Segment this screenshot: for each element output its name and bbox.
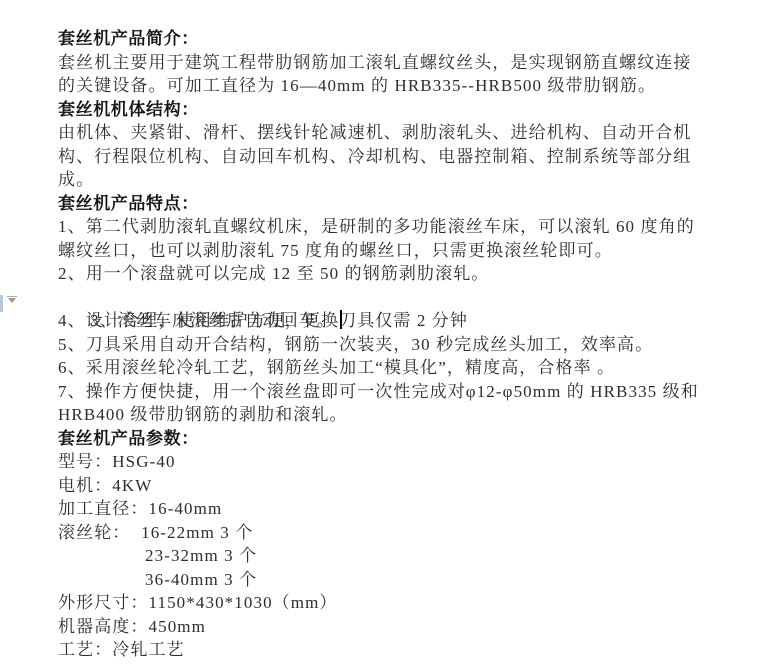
text-line: 7、操作方便快捷，用一个滚丝盘即可一次性完成对φ12-φ50mm 的 HRB33… bbox=[58, 380, 748, 404]
chevron-down-icon bbox=[7, 296, 17, 297]
text-line: 2、用一个滚盘就可以完成 12 至 50 的钢筋剥肋滚轧。 bbox=[58, 262, 748, 286]
text-line: 4、设计合理，使用维护方便，更换刀具仅需 2 分钟 bbox=[58, 309, 748, 333]
param-line-process: 工艺：冷轧工艺 bbox=[58, 638, 748, 662]
text-line: 3、滚丝车床滚丝后自动回车。 bbox=[58, 286, 748, 310]
param-line-rollers: 滚丝轮： 16-22mm 3 个 bbox=[58, 521, 748, 545]
document-body: 套丝机产品简介： 套丝机主要用于建筑工程带肋钢筋加工滚轧直螺纹丝头，是实现钢筋直… bbox=[58, 27, 748, 662]
text-line: 成。 bbox=[58, 168, 748, 192]
text-line: 5、刀具采用自动开合结构，钢筋一次装夹，30 秒完成丝头加工，效率高。 bbox=[58, 333, 748, 357]
text-line: 套丝机主要用于建筑工程带肋钢筋加工滚轧直螺纹丝头，是实现钢筋直螺纹连接 bbox=[58, 51, 748, 75]
section-heading: 套丝机机体结构： bbox=[58, 98, 748, 122]
text-line: HRB400 级带肋钢筋的剥肋和滚轧。 bbox=[58, 403, 748, 427]
document-page: 套丝机产品简介： 套丝机主要用于建筑工程带肋钢筋加工滚轧直螺纹丝头，是实现钢筋直… bbox=[0, 0, 770, 670]
param-line-model: 型号：HSG-40 bbox=[58, 450, 748, 474]
param-line-diameter: 加工直径：16-40mm bbox=[58, 497, 748, 521]
text-line: 1、第二代剥肋滚轧直螺纹机床，是研制的多功能滚丝车床，可以滚轧 60 度角的 bbox=[58, 215, 748, 239]
chevron-down-icon[interactable] bbox=[8, 298, 16, 303]
param-line-rollers: 36-40mm 3 个 bbox=[58, 568, 748, 592]
param-line-dimensions: 外形尺寸：1150*430*1030（mm） bbox=[58, 591, 748, 615]
param-line-height: 机器高度：450mm bbox=[58, 615, 748, 639]
margin-marker-bar bbox=[0, 295, 3, 312]
param-line-rollers: 23-32mm 3 个 bbox=[58, 544, 748, 568]
section-heading: 套丝机产品简介： bbox=[58, 27, 748, 51]
text-line: 6、采用滚丝轮冷轧工艺，钢筋丝头加工“模具化”，精度高，合格率 。 bbox=[58, 356, 748, 380]
text-line: 由机体、夹紧钳、滑杆、摆线针轮减速机、剥肋滚轧头、进给机构、自动开合机 bbox=[58, 121, 748, 145]
section-heading: 套丝机产品特点： bbox=[58, 192, 748, 216]
param-line-motor: 电机：4KW bbox=[58, 474, 748, 498]
text-line: 构、行程限位机构、自动回车机构、冷却机构、电器控制箱、控制系统等部分组 bbox=[58, 145, 748, 169]
text-line: 的关键设备。可加工直径为 16—40mm 的 HRB335--HRB500 级带… bbox=[58, 74, 748, 98]
section-heading: 套丝机产品参数： bbox=[58, 427, 748, 451]
text-line: 螺纹丝口，也可以剥肋滚轧 75 度角的螺丝口，只需更换滚丝轮即可。 bbox=[58, 239, 748, 263]
